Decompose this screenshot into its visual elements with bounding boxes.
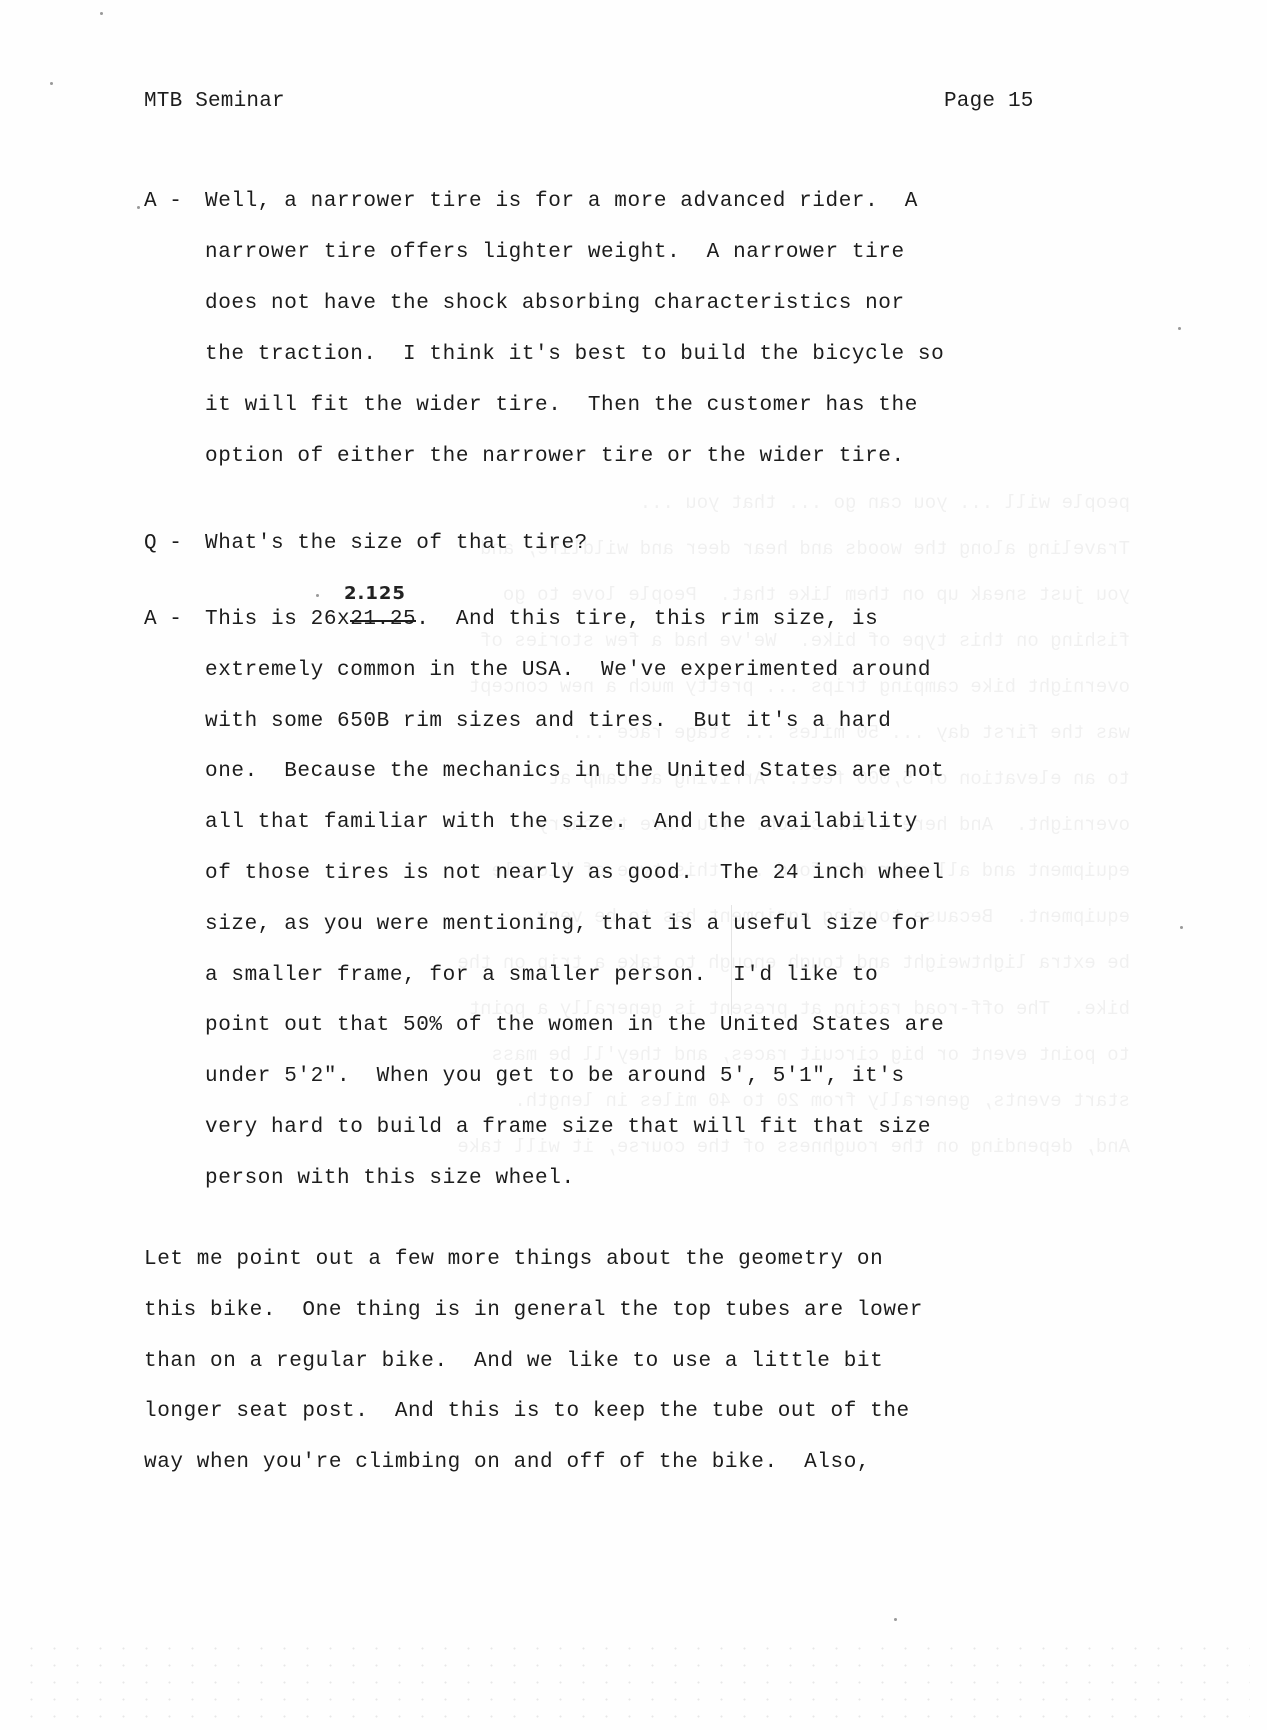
text-line: a smaller frame, for a smaller person. I… bbox=[205, 964, 878, 987]
text-line: one. Because the mechanics in the United… bbox=[205, 760, 944, 783]
text-line: under 5'2". When you get to be around 5'… bbox=[205, 1065, 905, 1088]
text-line: longer seat post. And this is to keep th… bbox=[144, 1400, 910, 1423]
text-line: point out that 50% of the women in the U… bbox=[205, 1014, 944, 1037]
text-line: of those tires is not nearly as good. Th… bbox=[205, 862, 944, 885]
text-line: This is 26x21.25. And this tire, this ri… bbox=[205, 608, 878, 631]
text-line: the traction. I think it's best to build… bbox=[205, 343, 944, 366]
scan-speck bbox=[1180, 926, 1183, 929]
scan-artifact-line bbox=[731, 905, 732, 1015]
scan-speck bbox=[894, 1618, 897, 1621]
handwritten-correction: 2.125 bbox=[344, 583, 406, 604]
document-page: people will ... you can go ... that you … bbox=[0, 0, 1267, 1730]
page-number: Page 15 bbox=[944, 90, 1034, 113]
document-title: MTB Seminar bbox=[144, 90, 285, 113]
text-line: with some 650B rim sizes and tires. But … bbox=[205, 710, 892, 733]
text-segment: This is 26x bbox=[205, 608, 350, 631]
text-line: this bike. One thing is in general the t… bbox=[144, 1299, 923, 1322]
text-line: extremely common in the USA. We've exper… bbox=[205, 659, 931, 682]
text-line: does not have the shock absorbing charac… bbox=[205, 292, 905, 315]
scan-speck bbox=[50, 82, 53, 85]
text-line: very hard to build a frame size that wil… bbox=[205, 1116, 931, 1139]
speaker-label: A - bbox=[144, 608, 182, 631]
text-line: What's the size of that tire? bbox=[205, 532, 588, 555]
text-line: it will fit the wider tire. Then the cus… bbox=[205, 394, 918, 417]
speaker-label: Q - bbox=[144, 532, 182, 555]
speaker-label: A - bbox=[144, 190, 182, 213]
text-line: person with this size wheel. bbox=[205, 1167, 575, 1190]
scan-speck bbox=[316, 594, 319, 597]
scan-speck bbox=[100, 12, 103, 15]
text-line: narrower tire offers lighter weight. A n… bbox=[205, 241, 905, 264]
text-segment: . And this tire, this rim size, is bbox=[416, 608, 878, 631]
struck-through-text: 21.25 bbox=[350, 608, 416, 631]
text-line: Let me point out a few more things about… bbox=[144, 1248, 883, 1271]
text-line: way when you're climbing on and off of t… bbox=[144, 1451, 870, 1474]
text-line: option of either the narrower tire or th… bbox=[205, 445, 905, 468]
text-line: all that familiar with the size. And the… bbox=[205, 811, 918, 834]
text-line: than on a regular bike. And we like to u… bbox=[144, 1350, 883, 1373]
scan-speck bbox=[137, 206, 140, 209]
text-line: Well, a narrower tire is for a more adva… bbox=[205, 190, 918, 213]
scan-noise bbox=[20, 1640, 1250, 1720]
scan-speck bbox=[1178, 327, 1181, 330]
text-line: size, as you were mentioning, that is a … bbox=[205, 913, 931, 936]
